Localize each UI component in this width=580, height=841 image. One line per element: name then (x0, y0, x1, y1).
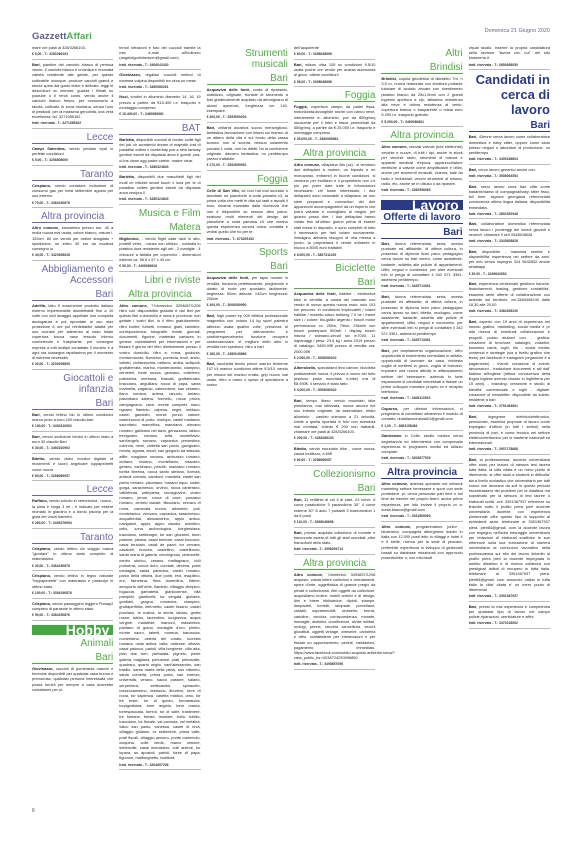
issue-date: Domenica 21 Giugno 2020 (485, 28, 550, 34)
classified-ad: Barletta, disponibili due maschietti fig… (119, 174, 200, 205)
ad-body: donna referenziata, seria, onesta puntua… (381, 294, 462, 335)
classified-ad: Bari, racchetta tennis prince warrior te… (207, 361, 288, 387)
ad-text: dell'acquirente (294, 45, 376, 50)
ad-price-phone: € 50,00 - T.: 3384190876 (32, 613, 113, 621)
ad-body: ?domenico 3494657/1206 acquisto, valuta … (294, 572, 395, 660)
ad-price-phone: tratt. riservata - T.: 3406043430 (119, 63, 200, 71)
ad-text: Acquaviva delle fonti, per tapis roulant… (207, 275, 288, 301)
ad-text: Adelfia, lotto 5 mascherine prodotto ita… (32, 303, 113, 360)
classified-ad: Bitetto, vendo video monitor digitale di… (32, 456, 113, 481)
ad-text: mare ore pasti al 328/3266103. (32, 45, 113, 50)
ad-price-phone: € 5,00 - T.: 3208808000 (32, 158, 113, 166)
ad-text: Capurso, per ulteriori informazioni, vi … (381, 406, 462, 422)
ad-price-phone: tratt. riservata - T.: 3204657206 (119, 763, 200, 771)
ad-price-phone: tratt. riservata - T.: 3398293714 (294, 547, 376, 555)
ad-price-phone: € 8.000,00 - T.: 3807311029 (294, 253, 376, 261)
city-heading: BAT (119, 123, 200, 135)
ad-text: Bari, collaboratrice domestica referenzi… (469, 221, 550, 237)
newspaper-page: GazzettAffari Domenica 21 Giugno 2020 ma… (32, 26, 550, 772)
city-heading: Bari (381, 227, 462, 239)
city-heading: Lecce (32, 484, 113, 496)
ad-text: Barletta, disponibili cuccioli di border… (119, 137, 200, 163)
classified-ad: Bari, vendo sediolone bimbo in ottimo st… (32, 434, 113, 454)
category-heading: Strumenti musicali (207, 48, 288, 70)
classified-ad: Altro comune, villapiana lido (cs) : si … (294, 162, 376, 260)
ad-text: Celle di San Vito, se non hai mai suonat… (207, 188, 288, 235)
ad-text: Bari, cerco lavoro zona bari città come … (469, 184, 550, 210)
ad-text: Altro comune, ?domenico 3494657/1206 acq… (294, 572, 376, 660)
ad-price-phone: tratt. riservata - T.: 3405186804 (469, 157, 550, 165)
ad-price-phone: € 170,00 - T.: 3392890951 (207, 163, 288, 171)
category-heading: Abbigliamento e Accessori (32, 264, 113, 286)
subsection-heading: Candidati in cerca di lavoro (469, 72, 550, 117)
ad-text: Altro comune, villapiana lido (cs) : si … (294, 162, 376, 250)
ad-text: Crispiano, vendo passeggino leggero Fixw… (32, 601, 113, 611)
ad-price-phone: tratt. riservata - T.: 3280324843 (119, 165, 200, 173)
ad-price-phone: € 110,00 - T.: 3398048698 (294, 520, 376, 528)
ad-text: Bari, vendo sediolone bimbo in ottimo st… (32, 434, 113, 444)
ad-text: Bari, disponibile , massima serieta' e d… (469, 249, 550, 270)
ad-price-phone: € 30,00 - T.: 3492310902 (32, 446, 113, 454)
ad-price-phone: tratt. riservata - T.: 3460080261 (119, 85, 200, 93)
category-heading: Libri e riviste (119, 275, 200, 286)
city-heading: Bari (32, 398, 113, 410)
classified-ad: Bari, donna referenziata, seria, onesta … (381, 294, 462, 345)
ad-text: Bari, vendo lettino blu in ottime condiz… (32, 412, 113, 422)
classified-ad: Altro comune, programmatore junior , blu… (381, 524, 462, 560)
city-heading: Matera (119, 222, 200, 234)
column-6: visual studio. inserire la propria candi… (469, 45, 550, 772)
ad-price-phone: € 60,00 - T.: 3398048698 (294, 52, 376, 60)
classified-ad: Bari, presto la mia esperienza e compete… (469, 604, 550, 629)
ad-price-phone: tratt. riservata - T.: 3470218062 (469, 621, 550, 629)
subsection-heading: Offerte di lavoro (381, 212, 462, 224)
category-heading: Musica e Film (119, 208, 200, 219)
classified-ad: Adelfia, lotto 5 mascherine prodotto ita… (32, 303, 113, 370)
ad-text: Bari, privato acquista collezione di mon… (294, 530, 376, 546)
ad-body: mare ore pasti al 328/3266103. (32, 45, 86, 50)
category-heading: Animali (32, 638, 113, 649)
ad-text: Bari, esperienza ventennale gestione ban… (469, 281, 550, 307)
ad-text: Bari, wilson ultra 105 sv condizioni 9.5… (294, 62, 376, 78)
column-4: dell'acquirente€ 60,00 - T.: 3398048698B… (294, 45, 376, 772)
ad-body: presto la mia esperienza e competenza pe… (469, 604, 550, 619)
classified-ad: Altro comune, azienda operante nel netwo… (381, 481, 462, 522)
ad-body: ??domenico 3204657/1206 ritiro con dispo… (119, 303, 200, 761)
city-heading: Foggia (294, 90, 376, 102)
city-heading: Bari (32, 652, 113, 664)
category-heading: Giocattoli e infanzia (32, 373, 113, 395)
ad-price-phone: tratt. riservata - T.: 3391367937 (469, 594, 550, 602)
ad-text: Alberobello, specialized levo carbon, bi… (294, 365, 376, 386)
city-heading: Taranto (32, 532, 113, 544)
classified-ad: Crispiano, vendo lettino in legno natura… (32, 573, 113, 598)
ad-body: villapiana lido (cs) : si vendono due de… (294, 162, 376, 250)
ad-text: Bari, high power ep 009 ellittica profes… (207, 313, 288, 349)
classified-ad: Bari, esperienza ventennale gestione ban… (469, 281, 550, 317)
ad-body: azienda operante nel network marketing s… (381, 481, 462, 512)
city-heading: Bari (469, 120, 550, 132)
classified-ad: Santeramo in Colle, studio medico cerca … (381, 433, 462, 464)
ad-body: tempo libero vendo mountain bike pininfa… (294, 398, 376, 434)
province-heading: Altra provincia (32, 211, 113, 223)
classified-ad: Bari, per ampliamento organizzazione, of… (381, 348, 462, 405)
ad-price-phone: tratt. riservata - T.: 673209152 (207, 237, 288, 245)
ad-price-phone: tratt. riservata - T.: 3271085162 (32, 121, 113, 129)
province-heading: Altra provincia (119, 289, 200, 301)
ad-body: vendo video monitor digitale di moviment… (32, 456, 113, 471)
logo-text: Gazzett (32, 31, 66, 42)
classified-ad: Giovinazzo, cuccioli di pomerania maschi… (32, 666, 113, 692)
city-heading: Lecce (32, 132, 113, 144)
classified-ad: Bari, 43enne cerca lavoro come collabora… (469, 134, 550, 165)
ad-text: Foggia, copertura campo da padel fissa, … (294, 104, 376, 135)
ad-price-phone: € 200,00 - T.: 3283266103 (294, 436, 376, 444)
ad-price-phone: tratt. riservata - T.: 3282996060 (381, 188, 462, 196)
province-heading: Altra provincia (381, 130, 462, 142)
ad-price-phone: € 100,00 - T.: 3492310902 (32, 424, 113, 432)
ad-price-phone: tratt. riservata - T.: 3484308240 (469, 309, 550, 317)
section-band: Lavoro (381, 200, 462, 210)
city-heading: Bari (207, 261, 288, 273)
ad-text: Acquaviva delle fonti, haibike : elettro… (294, 291, 376, 353)
ad-text: Crispiano, vendo lettino in legno natura… (32, 573, 113, 589)
ad-text: Bari, presto la mia esperienza e compete… (469, 604, 550, 620)
ad-text: Bari, chitarra acustica suono meraviglio… (207, 125, 288, 161)
ad-price-phone: € 400,00 - T.: 3006080900 (207, 303, 288, 311)
classified-ad: Altro comune, ??domenico 3204657/1206 ri… (119, 303, 200, 771)
classified-ad: Crispiano, vendo contatore indicatore di… (32, 183, 113, 208)
ad-price-phone: tratt. riservata - T.: 3937178668 (469, 447, 550, 455)
province-heading: Altra provincia (294, 148, 376, 160)
classified-ad: visual studio. inserire la propria candi… (469, 45, 550, 70)
classified-ad: Bitetto, vendo mountain bike , come nuov… (294, 446, 376, 466)
ad-price-phone: € 60,00 - T.: 3288066057 (294, 458, 376, 466)
ad-text: Altro comune, cercasi valvole (tubi elet… (381, 144, 462, 186)
classified-ad: Noci, tondini in alluminio diametro 14, … (119, 94, 200, 119)
category-heading: Sports (207, 247, 288, 258)
classified-ad: Altro comune, ?domenico 3494657/1206 acq… (294, 572, 376, 670)
logo-accent-text: Affari (66, 31, 91, 42)
classified-ad: Bari, cerco lavoro generico anche con.tr… (469, 167, 550, 182)
ad-body: dell'acquirente (294, 45, 319, 50)
ad-price-phone: tratt. riservata - T.: 3343608628 (469, 239, 550, 247)
ad-body: esperto con 19 anni di esperienza nel mo… (469, 319, 550, 402)
classified-ad: Bari, tempo libero vendo mountain bike p… (294, 398, 376, 444)
ad-text: Bari, esperto con 19 anni di esperienza … (469, 319, 550, 402)
classified-ad: Bari, vendo lettino blu in ottime condiz… (32, 412, 113, 432)
ad-text: Bari, 43enne cerca lavoro come collabora… (469, 134, 550, 155)
column-1: mare ore pasti al 328/3266103.€ 6,00 - T… (32, 45, 113, 772)
ad-price-phone: tratt. riservata - T.: 3425713361 (381, 338, 462, 346)
ad-body: high power ep 009 ellittica professional… (207, 313, 288, 349)
classified-ad: Miglionico, - vendo flight case rack in … (119, 236, 200, 272)
ad-price-phone: tratt. riservata - T.: 3203877530 (381, 456, 462, 464)
ad-body: lotto 5 mascherine prodotto italiano est… (32, 303, 113, 360)
ad-text: Santeramo in Colle, studio medico cerca … (381, 433, 462, 454)
classified-ad: Capurso, per ulteriori informazioni, vi … (381, 406, 462, 431)
ad-text: Bari, racchetta tennis prince warrior te… (207, 361, 288, 387)
ad-text: Crispiano, vendo lettino da viaggio marc… (32, 546, 113, 562)
classified-ad: Bari, ingegnere elettrico/elettronico, p… (469, 414, 550, 455)
column-2: teriori infrazioni e foto dei cuccioli t… (119, 45, 200, 772)
classified-ad: Campi Salentina, vendo pedane epal in pe… (32, 146, 113, 166)
ad-text: Noci, tondini in alluminio diametro 14, … (119, 94, 200, 110)
ad-text: Bari, donna referenziata, seria, onesta … (381, 294, 462, 336)
ad-price-phone: € 15.400,00 - T.: 3460080661 (119, 112, 200, 120)
ad-text: Altro comune, programmatore junior , blu… (381, 524, 462, 560)
ad-price-phone: € 50,00 - T.: 3408080616 (119, 264, 200, 272)
ad-body: teriori infrazioni e foto dei cuccioli t… (119, 45, 200, 60)
ad-body: vendo mountain bike , come nuova, causa … (294, 446, 376, 456)
classified-ad: Foggia, copertura campo da padel fissa, … (294, 104, 376, 145)
classified-ad: mare ore pasti al 328/3266103.€ 6,00 - T… (32, 45, 113, 60)
section-band: Hobby (32, 625, 113, 635)
classified-ad: Celle di San Vito, se non hai mai suonat… (207, 188, 288, 245)
ad-body: cercasi valvole (tubi elettronici) vecch… (381, 144, 462, 185)
ad-price-phone: € 400,00 - T.: 3393590204 (207, 115, 288, 123)
ad-price-phone: € 5.290,00 - T.: 3460080661 (381, 120, 462, 128)
ad-price-phone: € 70,00 - T.: 3384190876 (32, 201, 113, 209)
ad-price-phone: € 40,00 - T.: 3420928028 (32, 253, 113, 261)
ad-text: visual studio. inserire la propria candi… (469, 45, 550, 61)
classified-ad: Bari, piantine del carciofo bianco di pe… (32, 62, 113, 129)
province-heading: Altra provincia (294, 558, 376, 570)
classified-ad: Acquaviva delle fonti, corda di ripassat… (207, 87, 288, 123)
ad-text: Bari, 31 rettilinei di cui 3 di start. 2… (294, 497, 376, 518)
ad-body: vendo lettino blu in ottime condizioni m… (32, 412, 113, 422)
ad-price-phone: € 95,00 - T.: 3398048698 (294, 80, 376, 88)
classified-ad: Bari, disponibile , massima serieta' e d… (469, 249, 550, 280)
province-heading: Altra provincia (381, 467, 462, 479)
classified-ad: Ruffano, vendo scivolo in vetroresina , … (32, 498, 113, 529)
ad-text: Bari, tempo libero vendo mountain bike p… (294, 398, 376, 434)
ad-price-phone: € 4.000,00 - T.: 3008080022 (294, 388, 376, 396)
ad-body: 31 rettilinei di cui 3 di start. 23 curv… (294, 497, 376, 518)
ad-body: chitarra acustica suono meraviglioso, fa… (207, 125, 288, 161)
classified-ad: Crispiano, vendo passeggino leggero Fixw… (32, 601, 113, 621)
classified-ad: Bari, 31 rettilinei di cui 3 di start. 2… (294, 497, 376, 528)
classified-ad: Brindisi, cupola geodetica di diametro 7… (381, 76, 462, 127)
ad-body: wilson ultra 105 sv condizioni 9.5/10 us… (294, 62, 376, 77)
category-heading: Collezionismo (294, 469, 376, 480)
ad-text: teriori infrazioni e foto dei cuccioli t… (119, 45, 200, 61)
ad-body: ingegnere elettrico/elettronico, pension… (469, 414, 550, 445)
ad-body: esperienza ventennale gestione banche, f… (469, 281, 550, 307)
classified-ad: Bari, wilson ultra 105 sv condizioni 9.5… (294, 62, 376, 87)
column-5: AltriBrindisiBrindisi, cupola geodetica … (381, 45, 462, 772)
ad-price-phone: tratt. riservata - T.: 3892352948 (469, 212, 550, 220)
ad-price-phone: € 25.000,00 - T.: 3460080661 (294, 137, 376, 145)
classified-columns: mare ore pasti al 328/3266103.€ 6,00 - T… (32, 45, 550, 772)
ad-price-phone: € 1,00 - T.: 3683158484 (381, 424, 462, 432)
ad-body: disponibile , massima serieta' e disponi… (469, 249, 550, 270)
ad-text: Giovinazzo, cuccioli di pomerania maschi… (32, 666, 113, 692)
ad-price-phone: € 60,00 - T.: 3288066057 (32, 474, 113, 482)
ad-text: Bitetto, vendo video monitor digitale di… (32, 456, 113, 472)
category-heading: Altri (381, 48, 462, 59)
ad-body: donna referenziata, seria, onesta puntua… (381, 241, 462, 282)
classified-ad: Bari, donna referenziata, seria, onesta … (381, 241, 462, 292)
ad-text: Barletta, disponibili due maschietti fig… (119, 174, 200, 195)
ad-body: cerco lavoro zona bari città come badant… (469, 184, 550, 210)
ad-price-phone: tratt. riservata - T.: 3508064554 (469, 174, 550, 182)
ad-price-phone: tratt. riservata - T.: 3791464691 (469, 404, 550, 412)
ad-text: Giovinazzo, regalasi cuccioli meticci di… (119, 72, 200, 82)
classified-ad: Altro comune, zanzariera prezzo eur. 40 … (32, 225, 113, 261)
classified-ad: Acquaviva delle fonti, per tapis roulant… (207, 275, 288, 311)
ad-price-phone: € 100,00 - T.: 3384190876 (32, 591, 113, 599)
classified-ad: Altro comune, cercasi valvole (tubi elet… (381, 144, 462, 195)
ad-text: Ruffano, vendo scivolo in vetroresina , … (32, 498, 113, 519)
ad-text: Altro comune, ??domenico 3204657/1206 ri… (119, 303, 200, 761)
ad-text: Bari, per ampliamento organizzazione, of… (381, 348, 462, 395)
ad-text: Altro comune, zanzariera prezzo eur. 40 … (32, 225, 113, 251)
ad-body: haibike : elettronica bike in vendita. a… (294, 291, 376, 353)
ad-body: vendo sediolone bimbo in ottimo stato a … (32, 434, 113, 444)
classified-ad: Crispiano, vendo lettino da viaggio marc… (32, 546, 113, 571)
ad-body: 43enne cerca lavoro come collaboratrice … (469, 134, 550, 155)
city-heading: Bari (294, 277, 376, 289)
publication-logo: GazzettAffari (32, 31, 92, 42)
page-header: GazzettAffari Domenica 21 Giugno 2020 (32, 26, 550, 42)
ad-text: Bitetto, vendo mountain bike , come nuov… (294, 446, 376, 456)
ad-text: Bari, piantine del carciofo bianco di pe… (32, 62, 113, 119)
column-3: Strumenti musicaliBariAcquaviva delle fo… (207, 45, 288, 772)
classified-ad: Bari, cerco lavoro zona bari città come … (469, 184, 550, 220)
ad-price-phone: € 30,00 - T.: 3245642652 (469, 272, 550, 280)
city-heading: Bari (32, 289, 113, 301)
ad-price-phone: tratt. riservata - T.: 3331569080 (381, 514, 462, 522)
ad-body: se non hai mai suonato o ascoltato un pi… (207, 188, 288, 235)
category-heading: Biciclette (294, 263, 376, 274)
classified-ad: Bari, privato acquista collezione di mon… (294, 530, 376, 555)
ad-body: racchetta tennis prince warrior textreme… (207, 361, 288, 387)
city-heading: Foggia (207, 174, 288, 186)
ad-text: Bari, ingegnere elettrico/elettronico, p… (469, 414, 550, 445)
ad-body: programmatore junior , bluserena, compag… (381, 524, 462, 560)
ad-text: Miglionico, - vendo flight case rack in … (119, 236, 200, 262)
ad-body: tondini in alluminio diametro 14, 16, 19… (119, 94, 200, 109)
ad-body: privato acquista collezione di monete e … (294, 530, 376, 545)
page-number: 6 (32, 808, 35, 814)
ad-text: Crispiano, vendo contatore indicatore di… (32, 183, 113, 199)
city-heading: Bari (294, 483, 376, 495)
ad-body: cerco lavoro generico anche con. (477, 167, 535, 172)
ad-body: copertura campo da padel fissa, motorizz… (294, 104, 376, 135)
ad-price-phone: tratt. riservata - T.: 3498657096 (294, 662, 376, 670)
ad-text: Bari, la professoressa, docente universi… (469, 457, 550, 592)
classified-ad: Acquaviva delle fonti, haibike : elettro… (294, 291, 376, 363)
ad-body: per ampliamento organizzazione, offro op… (381, 348, 462, 395)
ad-body: la professoressa, docente universitaria … (469, 457, 550, 592)
classified-ad: Bari, high power ep 009 ellittica profes… (207, 313, 288, 359)
ad-text: Campi Salentina, vendo pedane epal in pe… (32, 146, 113, 156)
city-heading: Taranto (32, 169, 113, 181)
ad-price-phone: tratt. riservata - T.: 3280324843 (119, 197, 200, 205)
ad-price-phone: € 30,00 - T.: 3206208805 (32, 362, 113, 370)
ad-text: Altro comune, azienda operante nel netwo… (381, 481, 462, 512)
ad-body: collaboratrice domestica referenziata ce… (469, 221, 550, 236)
classified-ad: dell'acquirente€ 60,00 - T.: 3398048698 (294, 45, 376, 60)
city-heading: Bari (207, 73, 288, 85)
ad-price-phone: tratt. riservata - T.: 3425713361 (381, 284, 462, 292)
classified-ad: Barletta, disponibili cuccioli di border… (119, 137, 200, 173)
classified-ad: Bari, collaboratrice domestica referenzi… (469, 221, 550, 246)
ad-text: Bari, donna referenziata, seria, onesta … (381, 241, 462, 283)
ad-price-phone: € 30,00 - T.: 3384190876 (32, 564, 113, 572)
ad-body: visual studio. inserire la propria candi… (469, 45, 550, 60)
classified-ad: Bari, chitarra acustica suono meraviglio… (207, 125, 288, 171)
ad-price-phone: € 6,00 - T.: 3283266103 (32, 52, 113, 60)
ad-price-phone: tratt. riservata - T.: 3408110519 (381, 396, 462, 404)
ad-price-phone: € 2.000,00 - T.: 3008080022 (294, 356, 376, 364)
ad-price-phone: tratt. riservata - T.: 0850698050 (469, 63, 550, 71)
ad-body: piantine del carciofo bianco di pertosa … (32, 62, 113, 119)
ad-text: Bari, cerco lavoro generico anche con. (469, 167, 550, 172)
ad-body: cupola geodetica di diametro 7m, h 3,5 m… (381, 76, 462, 117)
classified-ad: teriori infrazioni e foto dei cuccioli t… (119, 45, 200, 70)
ad-price-phone: € 260,00 - T.: 3493276994 (32, 521, 113, 529)
ad-price-phone: € 180,00 - T.: 3380040866 (207, 352, 288, 360)
classified-ad: Giovinazzo, regalasi cuccioli meticci di… (119, 72, 200, 92)
classified-ad: Alberobello, specialized levo carbon, bi… (294, 365, 376, 396)
classified-ad: Bari, esperto con 19 anni di esperienza … (469, 319, 550, 412)
ad-text: Acquaviva delle fonti, corda di ripassat… (207, 87, 288, 113)
ad-text: Brindisi, cupola geodetica di diametro 7… (381, 76, 462, 118)
classified-ad: Bari, la professoressa, docente universi… (469, 457, 550, 602)
city-heading: Brindisi (381, 62, 462, 74)
